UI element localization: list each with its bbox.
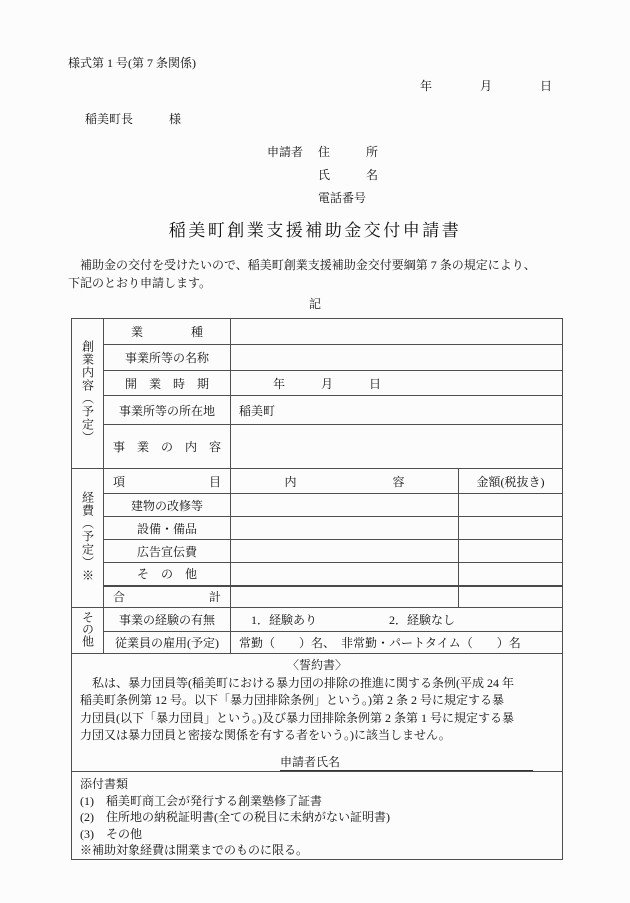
addressee: 稲美町長 様 xyxy=(85,110,630,127)
application-form-page: 様式第 1 号(第 7 条関係) 年 月 日 稲美町長 様 申請者 住 所 氏 … xyxy=(0,0,630,903)
applicant-phone-label: 電話番号 xyxy=(318,187,378,210)
pledge-line-1: 私は、暴力団員等(稲美町における暴力団の排除の推進に関する条例(平成 24 年 xyxy=(80,675,554,693)
section-startup-vertical-label: 創業内容（予定） xyxy=(72,319,104,469)
label-expense-other: そ の 他 xyxy=(104,563,231,586)
attachments-note: ※補助対象経費は開業までのものに限る。 xyxy=(80,842,554,859)
applicant-block: 申請者 住 所 氏 名 電話番号 xyxy=(267,141,630,210)
applicant-label: 申請者 xyxy=(267,141,303,210)
intro-line-1: 補助金の交付を受けたいので、稲美町創業支援補助金交付要綱第 7 条の規定により、 xyxy=(68,256,630,274)
field-office-name[interactable] xyxy=(231,345,563,371)
field-business-description[interactable] xyxy=(231,425,563,469)
field-renovation-content[interactable] xyxy=(231,494,459,517)
applicant-fields: 住 所 氏 名 電話番号 xyxy=(318,141,378,210)
applicant-address-label: 住 所 xyxy=(318,141,378,164)
field-advertising-content[interactable] xyxy=(231,540,459,563)
field-opening-date[interactable]: 年 月 日 xyxy=(231,371,563,396)
application-table: 創業内容（予定） 業 種 事業所等の名称 開 業 時 期 年 月 日 事業所等の… xyxy=(71,318,563,860)
field-total-content[interactable] xyxy=(231,586,459,608)
label-total: 合 計 xyxy=(104,586,231,608)
field-other-expense-amount[interactable] xyxy=(459,563,563,586)
label-expense-renovation: 建物の改修等 xyxy=(104,494,231,517)
field-other-expense-content[interactable] xyxy=(231,563,459,586)
label-office-name: 事業所等の名称 xyxy=(104,345,231,371)
signature-row: 申請者氏名 xyxy=(280,754,554,772)
label-office-location: 事業所等の所在地 xyxy=(104,396,231,425)
header-item: 項 目 xyxy=(104,469,231,494)
ki-marker: 記 xyxy=(0,296,630,313)
attachments-section: 添付書類 (1) 稲美町商工会が発行する創業塾修了証書 (2) 住所地の納税証明… xyxy=(72,772,563,860)
label-opening-date: 開 業 時 期 xyxy=(104,371,231,396)
pledge-line-2: 稲美町条例第 12 号。以下「暴力団排除条例」という。)第 2 条 2 号に規定… xyxy=(80,692,554,710)
field-equipment-content[interactable] xyxy=(231,517,459,540)
pledge-section: 〈誓約書〉 私は、暴力団員等(稲美町における暴力団の排除の推進に関する条例(平成… xyxy=(72,654,563,772)
label-business-experience: 事業の経験の有無 xyxy=(104,608,231,632)
page-title: 稲美町創業支援補助金交付申請書 xyxy=(0,216,630,241)
intro-paragraph: 補助金の交付を受けたいので、稲美町創業支援補助金交付要綱第 7 条の規定により、… xyxy=(68,256,630,292)
label-expense-equipment: 設備・備品 xyxy=(104,517,231,540)
attachment-item-3: (3) その他 xyxy=(80,826,554,843)
intro-line-2: 下記のとおり申請します。 xyxy=(68,274,630,292)
header-content: 内 容 xyxy=(231,469,459,494)
attachments-heading: 添付書類 xyxy=(80,776,554,793)
attachment-item-2: (2) 住所地の納税証明書(全ての税目に未納がない証明書) xyxy=(80,809,554,826)
attachment-item-1: (1) 稲美町商工会が発行する創業塾修了証書 xyxy=(80,793,554,810)
field-office-location[interactable]: 稲美町 xyxy=(231,396,563,425)
field-renovation-amount[interactable] xyxy=(459,494,563,517)
pledge-line-3: 力団員(以下「暴力団員」という。)及び暴力団排除条例第 2 条第 1 号に規定す… xyxy=(80,710,554,728)
form-number: 様式第 1 号(第 7 条関係) xyxy=(0,0,630,71)
applicant-name-label: 氏 名 xyxy=(318,164,378,187)
label-business-description: 事 業 の 内 容 xyxy=(104,425,231,469)
date-line: 年 月 日 xyxy=(0,71,630,94)
applicant-signature-field[interactable]: 申請者氏名 xyxy=(280,755,533,771)
field-total-amount[interactable] xyxy=(459,586,563,608)
field-advertising-amount[interactable] xyxy=(459,540,563,563)
pledge-line-4: 力団又は暴力団員と密接な関係を有する者をいう。)に該当しません。 xyxy=(80,727,554,745)
label-business-type: 業 種 xyxy=(104,319,231,345)
label-expense-advertising: 広告宣伝費 xyxy=(104,540,231,563)
field-business-type[interactable] xyxy=(231,319,563,345)
field-employee-hiring[interactable]: 常勤（ ）名、 非常勤・パートタイム（ ）名 xyxy=(231,632,563,654)
pledge-heading: 〈誓約書〉 xyxy=(80,657,554,675)
section-expenses-vertical-label: 経費（予定）※ xyxy=(72,469,104,608)
section-other-vertical-label: その他 xyxy=(72,608,104,654)
field-business-experience[interactable]: 1．経験あり 2．経験なし xyxy=(231,608,563,632)
label-employee-hiring: 従業員の雇用(予定) xyxy=(104,632,231,654)
field-equipment-amount[interactable] xyxy=(459,517,563,540)
header-amount: 金額(税抜き) xyxy=(459,469,563,494)
